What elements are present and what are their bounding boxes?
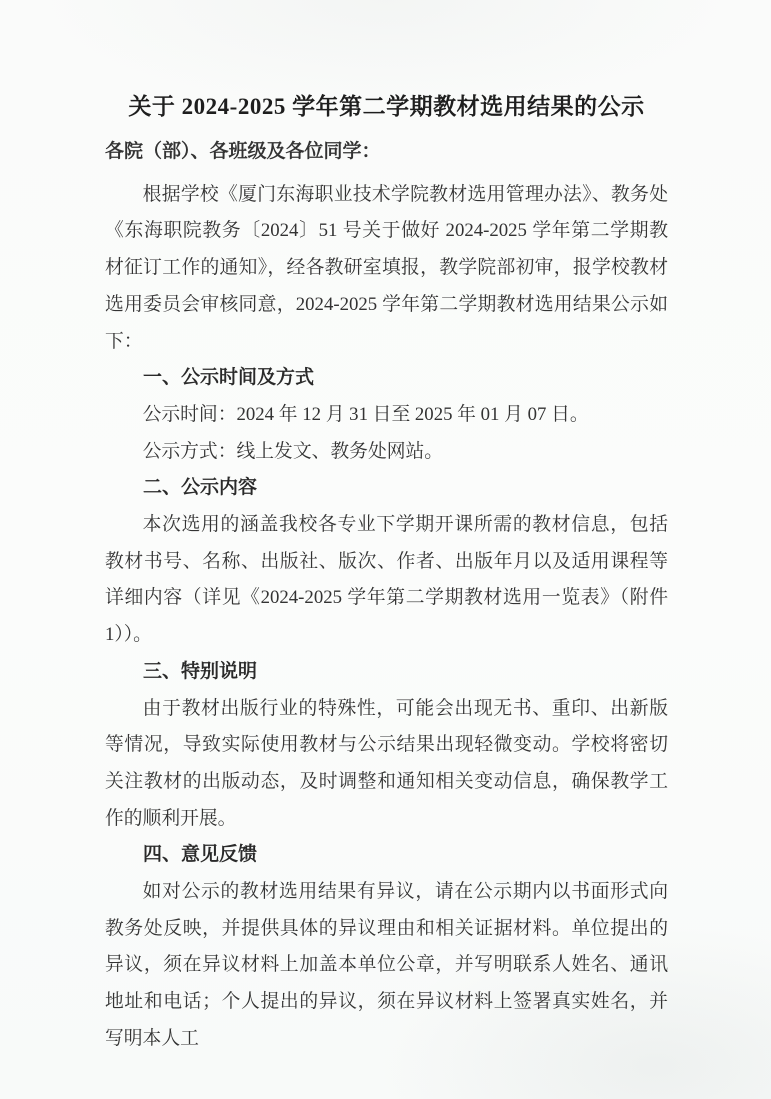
document-title: 关于 2024-2025 学年第二学期教材选用结果的公示 — [105, 86, 668, 128]
section-1-paragraph-announcement-method: 公示方式：线上发文、教务处网站。 — [105, 434, 668, 471]
section-3-paragraph: 由于教材出版行业的特殊性，可能会出现无书、重印、出新版等情况，导致实际使用教材与… — [105, 691, 668, 838]
section-4-paragraph: 如对公示的教材选用结果有异议，请在公示期内以书面形式向教务处反映，并提供具体的异… — [105, 874, 668, 1058]
section-1-paragraph-announcement-time: 公示时间：2024 年 12 月 31 日至 2025 年 01 月 07 日。 — [105, 397, 668, 434]
intro-paragraph: 根据学校《厦门东海职业技术学院教材选用管理办法》、教务处《东海职院教务〔2024… — [105, 177, 668, 361]
section-1-heading: 一、公示时间及方式 — [105, 360, 668, 397]
section-3-heading: 三、特别说明 — [105, 654, 668, 691]
section-2-heading: 二、公示内容 — [105, 470, 668, 507]
section-4-heading: 四、意见反馈 — [105, 837, 668, 874]
section-2-paragraph: 本次选用的涵盖我校各专业下学期开课所需的教材信息，包括教材书号、名称、出版社、版… — [105, 507, 668, 654]
salutation-line: 各院（部）、各班级及各位同学： — [105, 134, 668, 171]
announcement-document: 关于 2024-2025 学年第二学期教材选用结果的公示 各院（部）、各班级及各… — [105, 86, 668, 1058]
